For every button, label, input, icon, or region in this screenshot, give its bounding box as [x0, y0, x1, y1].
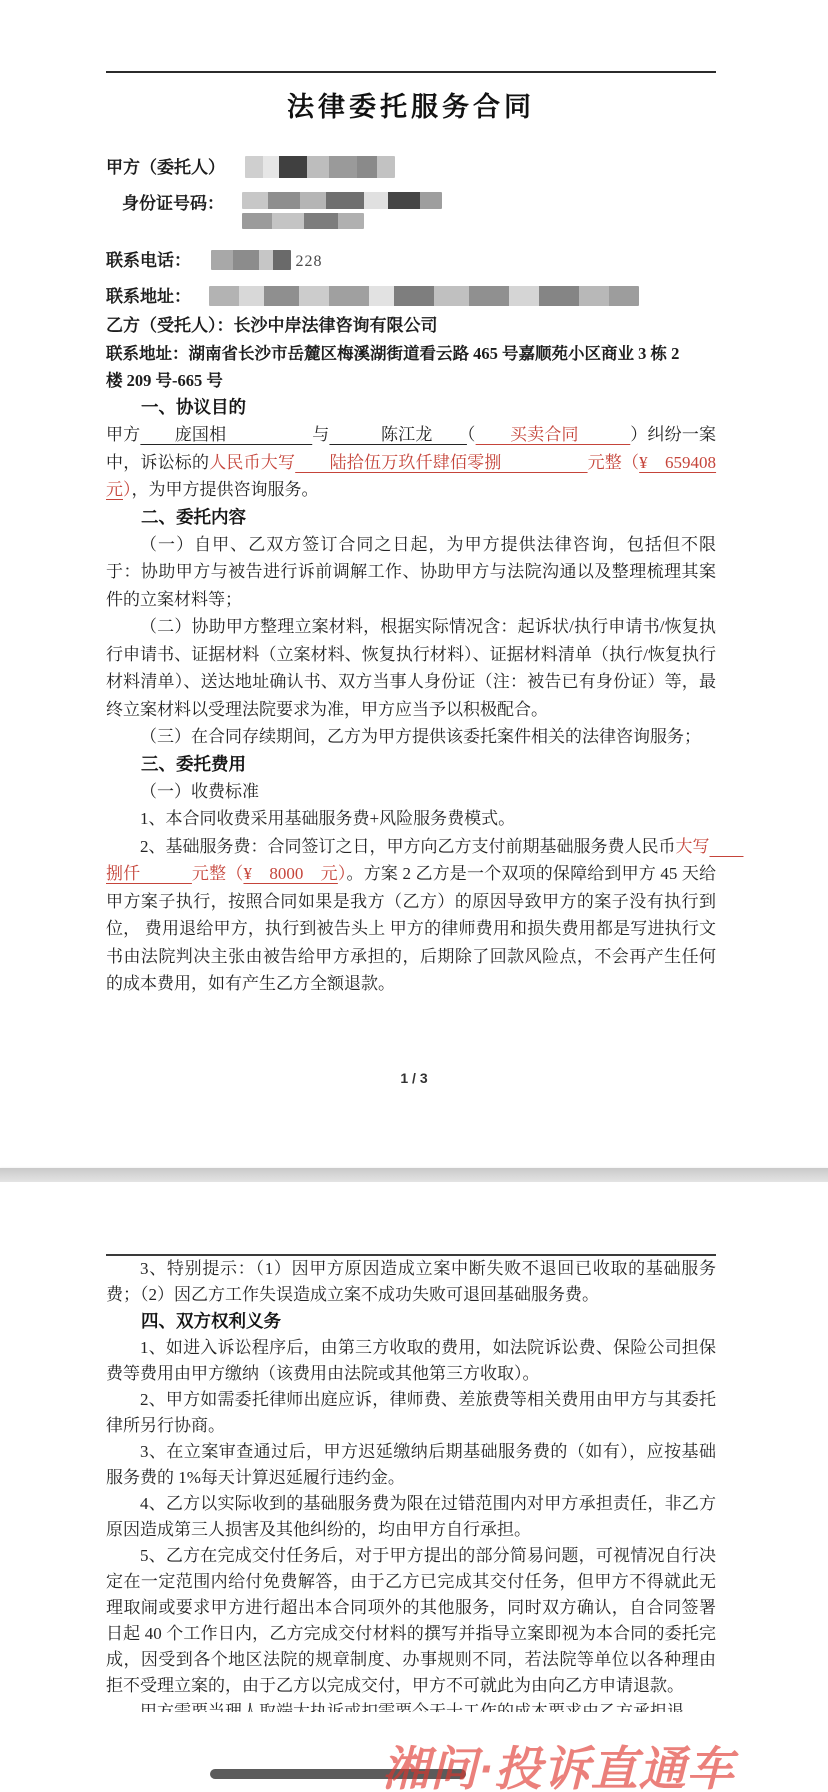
party-a-name-redaction [245, 156, 395, 178]
heading-purpose: 一、协议目的 [106, 394, 716, 421]
heading-content: 二、委托内容 [106, 504, 716, 531]
contract-page-2: 3、特别提示：（1）因甲方原因造成立案中断失败不退回已收取的基础服务费；（2）因… [0, 1182, 828, 1792]
text-run: 。方案 2 乙方是一个双项的保障给到甲方 45 天给甲方案子执行，按照合同如果是… [106, 864, 716, 993]
id-number-row: 身份证号码： [106, 192, 716, 234]
document-scan-view: 法律委托服务合同 甲方（委托人） 身份证号码： 联系电话： 228 联系地址： [0, 0, 828, 1792]
party-b-address-line-2: 楼 209 号-665 号 [106, 367, 716, 394]
paragraph-content-1: （一）自甲、乙双方签订合同之日起，为甲方提供法律咨询，包括但不限于：协助甲方与被… [106, 531, 716, 614]
page-1-top-rule [106, 71, 716, 73]
text-run: 2、基础服务费：合同签订之日，甲方向乙方支付前期基础服务费人民币 [140, 837, 676, 856]
blank-case-type: 买卖合同 [476, 425, 631, 444]
paragraph-partial: 甲方需要当理人取端大执诉或扣需要今天十工作的成本要求由乙方承担退 [106, 1699, 716, 1712]
contact-address-label: 联系地址： [106, 287, 191, 306]
platform-watermark: 湘问·投诉直通车 [382, 1732, 735, 1792]
party-b-address: 联系地址：湖南省长沙市岳麓区梅溪湖街道看云路 465 号嘉顺苑小区商业 3 栋 … [106, 340, 716, 394]
paragraph-fee-1: 1、本合同收费采用基础服务费+风险服务费模式。 [106, 805, 716, 833]
party-a-address-row: 联系地址： [106, 285, 716, 309]
party-b-address-line-1: 联系地址：湖南省长沙市岳麓区梅溪湖街道看云路 465 号嘉顺苑小区商业 3 栋 … [106, 340, 716, 367]
paragraph-rights-3: 3、在立案审查通过后，甲方迟延缴纳后期基础服务费的（如有），应按基础服务费的 1… [106, 1439, 716, 1491]
paragraph-content-3: （三）在合同存续期间，乙方为甲方提供该委托案件相关的法律咨询服务； [106, 723, 716, 751]
id-number-redaction [242, 192, 442, 229]
paragraph-special-notice: 3、特别提示：（1）因甲方原因造成立案中断失败不退回已收取的基础服务费；（2）因… [106, 1256, 716, 1308]
party-a-row: 甲方（委托人） [106, 156, 716, 180]
id-number-label: 身份证号码： [122, 194, 224, 213]
page-1-content: 法律委托服务合同 甲方（委托人） 身份证号码： 联系电话： 228 联系地址： [106, 71, 716, 998]
text-run-red: 元 [106, 480, 123, 499]
paragraph-rights-5: 5、乙方在完成交付任务后，对于甲方提出的部分简易问题，可视情况自行决定在一定范围… [106, 1543, 716, 1699]
party-a-label: 甲方（委托人） [106, 158, 225, 177]
text-run-red: 元整（ [588, 453, 640, 472]
text-run: （ [467, 425, 476, 444]
text-run: ，为甲方提供咨询服务。 [132, 480, 319, 499]
page-title: 法律委托服务合同 [106, 83, 716, 131]
heading-rights: 四、双方权利义务 [106, 1308, 716, 1335]
blank-party-a-name: 庞国相 [140, 425, 312, 444]
heading-fee: 三、委托费用 [106, 751, 716, 778]
phone-label: 联系电话： [106, 251, 191, 270]
paragraph-purpose: 甲方 庞国相 与 陈江龙 （ 买卖合同 ）纠纷一案中，诉讼标的人民币大写 陆拾伍… [106, 421, 716, 504]
id-redaction-row-1 [242, 192, 442, 209]
text-run-red: 元整（ [192, 864, 244, 883]
text-run: 诉讼标的 [140, 453, 209, 472]
phone-visible-digits: 228 [296, 253, 323, 270]
paragraph-content-2: （二）协助甲方整理立案材料，根据实际情况含：起诉状/执行申请书/恢复执行申请书、… [106, 613, 716, 723]
blank-amount-words: 陆拾伍万玖仟肆佰零捌 [295, 453, 587, 472]
address-redaction [209, 286, 639, 306]
page-separator [0, 1168, 828, 1182]
text-run-red: 人民币大写 [209, 453, 295, 472]
blank-amount-digits: ¥ 659408 [639, 453, 716, 472]
text-run: 甲方 [106, 425, 140, 444]
clipped-bottom-line: 甲方需要当理人取端大执诉或扣需要今天十工作的成本要求由乙方承担退 [106, 1699, 716, 1712]
phone-row: 联系电话： 228 [106, 249, 716, 274]
page-number: 1 / 3 [0, 1070, 828, 1086]
id-redaction-row-2 [242, 213, 364, 229]
party-b-row: 乙方（受托人）：长沙中岸法律咨询有限公司 [106, 313, 716, 339]
text-run: 与 [312, 425, 329, 444]
phone-redaction [211, 250, 291, 270]
contract-page-1: 法律委托服务合同 甲方（委托人） 身份证号码： 联系电话： 228 联系地址： [0, 0, 828, 1168]
paragraph-rights-2: 2、甲方如需委托律师出庭应诉，律师费、差旅费等相关费用由甲方与其委托律所另行协商… [106, 1387, 716, 1439]
blank-fee-digits: ¥ 8000 元 [243, 864, 337, 883]
paragraph-rights-4: 4、乙方以实际收到的基础服务费为限在过错范围内对甲方承担责任，非乙方原因造成第三… [106, 1491, 716, 1543]
paragraph-fee-2: 2、基础服务费：合同签订之日，甲方向乙方支付前期基础服务费人民币大写 捌仟 元整… [106, 833, 716, 998]
page-2-content: 3、特别提示：（1）因甲方原因造成立案中断失败不退回已收取的基础服务费；（2）因… [106, 1254, 716, 1712]
paragraph-rights-1: 1、如进入诉讼程序后，由第三方收取的费用，如法院诉讼费、保险公司担保费等费用由甲… [106, 1335, 716, 1387]
text-run-red: ） [123, 480, 132, 499]
text-run-red: 大写 [676, 837, 710, 856]
blank-opponent-name: 陈江龙 [329, 425, 467, 444]
paragraph-fee-standard: （一）收费标准 [106, 778, 716, 806]
text-run-red: ） [338, 864, 347, 883]
